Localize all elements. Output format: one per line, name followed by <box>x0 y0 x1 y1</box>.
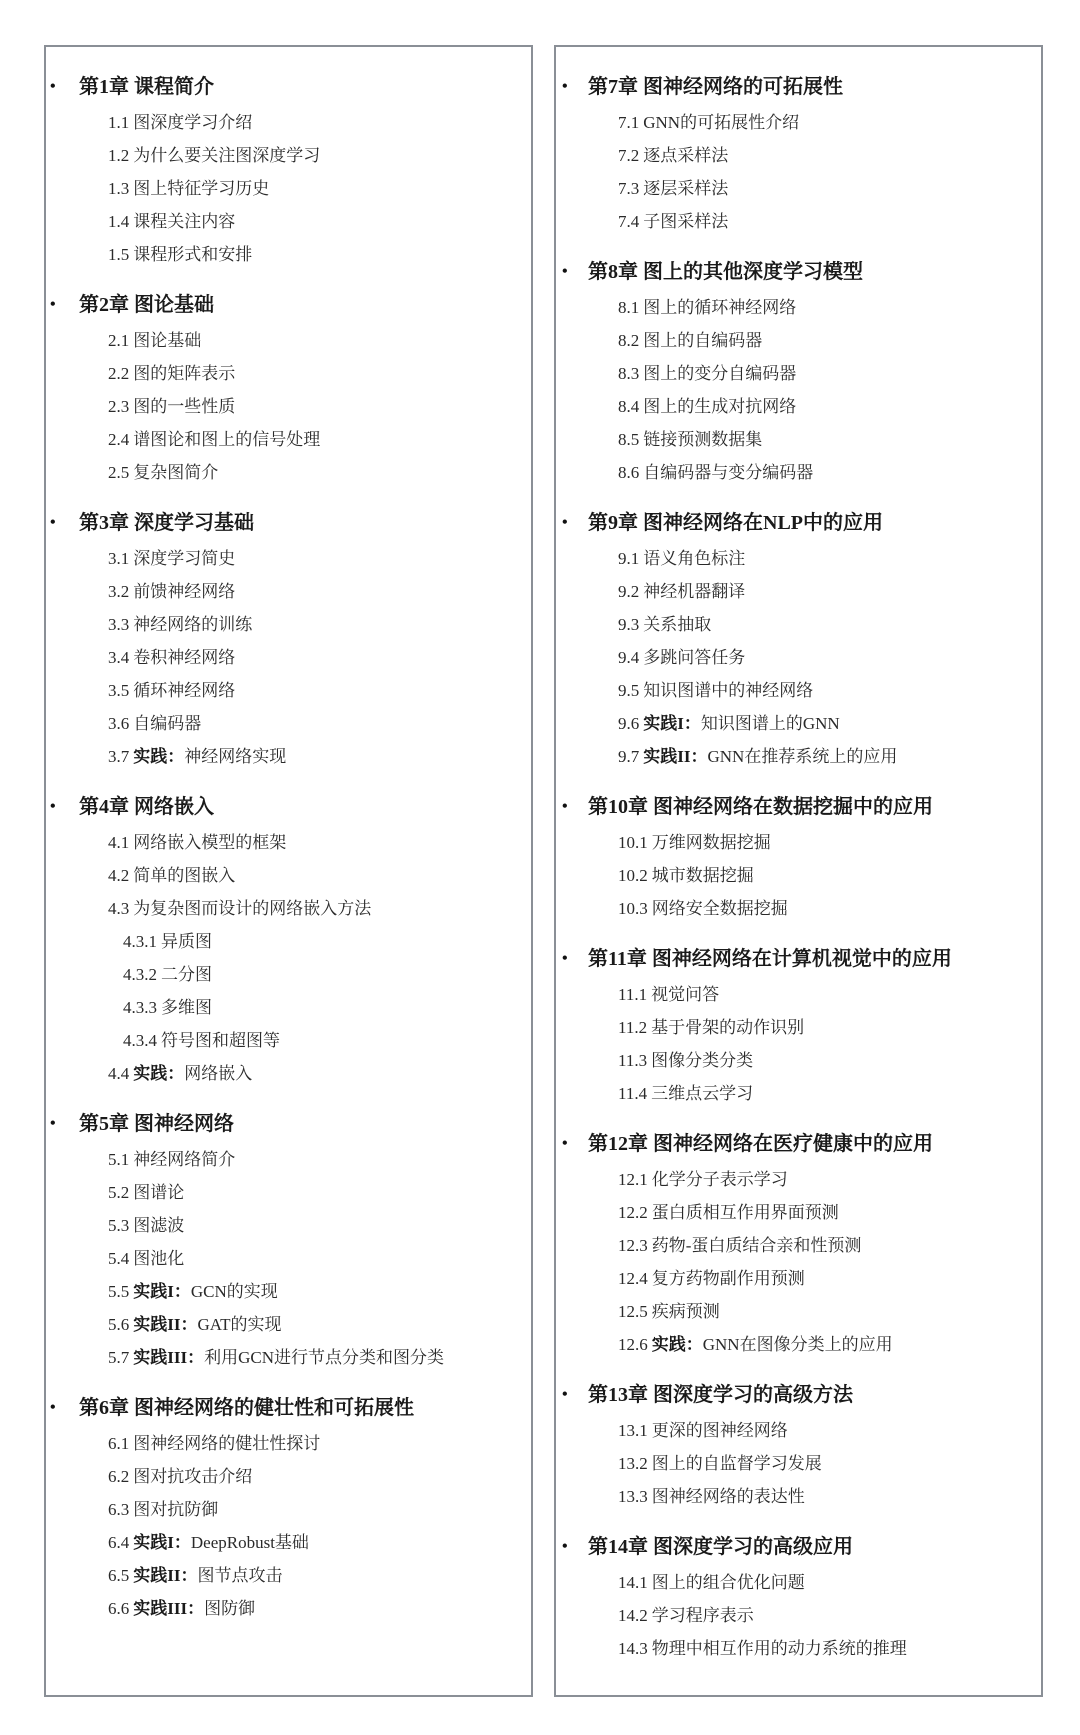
section-title: 图神经网络的表达性 <box>652 1487 805 1506</box>
section-item: 2.5复杂图简介 <box>46 456 531 489</box>
section-item: 11.3图像分类分类 <box>556 1044 1041 1077</box>
section-title: 图对抗攻击介绍 <box>133 1467 252 1486</box>
section-number: 4.1 <box>108 833 129 852</box>
section-item: 8.5链接预测数据集 <box>556 423 1041 456</box>
section-title: 视觉问答 <box>651 985 719 1004</box>
section-list: 3.1深度学习简史3.2前馈神经网络3.3神经网络的训练3.4卷积神经网络3.5… <box>46 542 531 773</box>
section-list: 4.1网络嵌入模型的框架4.2简单的图嵌入4.3为复杂图而设计的网络嵌入方法4.… <box>46 826 531 1090</box>
section-number: 12.5 <box>618 1302 648 1321</box>
section-number: 11.4 <box>618 1084 647 1103</box>
section-number: 12.4 <box>618 1269 648 1288</box>
section-title: 神经网络的训练 <box>133 615 252 634</box>
section-number: 1.2 <box>108 146 129 165</box>
section-item: 12.5疾病预测 <box>556 1295 1041 1328</box>
section-number: 11.2 <box>618 1018 647 1037</box>
section-number: 3.3 <box>108 615 129 634</box>
chapter-heading: •第2章 图论基础 <box>46 290 531 320</box>
section-item: 10.1万维网数据挖掘 <box>556 826 1041 859</box>
section-title: 图上特征学习历史 <box>133 179 269 198</box>
section-number: 7.1 <box>618 113 639 132</box>
section-item: 13.3图神经网络的表达性 <box>556 1480 1041 1513</box>
section-item: 12.2蛋白质相互作用界面预测 <box>556 1196 1041 1229</box>
section-number: 13.2 <box>618 1454 648 1473</box>
section-item: 7.3逐层采样法 <box>556 172 1041 205</box>
section-list: 2.1图论基础2.2图的矩阵表示2.3图的一些性质2.4谱图论和图上的信号处理2… <box>46 324 531 489</box>
section-title: 学习程序表示 <box>652 1606 754 1625</box>
section-title: 利用GCN进行节点分类和图分类 <box>204 1348 444 1367</box>
section-list: 14.1图上的组合优化问题14.2学习程序表示14.3物理中相互作用的动力系统的… <box>556 1566 1041 1665</box>
chapter-title: 第2章 图论基础 <box>79 290 214 320</box>
section-title: 疾病预测 <box>652 1302 720 1321</box>
section-title: 网络嵌入模型的框架 <box>133 833 286 852</box>
section-number: 3.2 <box>108 582 129 601</box>
chapter-title: 第10章 图神经网络在数据挖掘中的应用 <box>588 792 933 822</box>
section-title: 图防御 <box>204 1599 255 1618</box>
section-item: 5.6实践II：GAT的实现 <box>46 1308 531 1341</box>
section-item: 6.2图对抗攻击介绍 <box>46 1460 531 1493</box>
section-list: 13.1更深的图神经网络13.2图上的自监督学习发展13.3图神经网络的表达性 <box>556 1414 1041 1513</box>
section-number: 9.6 <box>618 714 639 733</box>
section-item: 5.7实践III：利用GCN进行节点分类和图分类 <box>46 1341 531 1374</box>
practice-tag: 实践I： <box>643 714 701 733</box>
section-item: 7.2逐点采样法 <box>556 139 1041 172</box>
toc-left-list: •第1章 课程简介1.1图深度学习介绍1.2为什么要关注图深度学习1.3图上特征… <box>46 72 531 1625</box>
section-number: 7.3 <box>618 179 639 198</box>
section-number: 1.4 <box>108 212 129 231</box>
section-number: 9.5 <box>618 681 639 700</box>
chapter-section: •第3章 深度学习基础3.1深度学习简史3.2前馈神经网络3.3神经网络的训练3… <box>46 508 531 773</box>
toc-right-list: •第7章 图神经网络的可拓展性7.1GNN的可拓展性介绍7.2逐点采样法7.3逐… <box>556 72 1041 1665</box>
chapter-heading: •第1章 课程简介 <box>46 72 531 102</box>
section-item: 11.4三维点云学习 <box>556 1077 1041 1110</box>
section-title: GAT的实现 <box>197 1315 281 1334</box>
section-item: 9.3关系抽取 <box>556 608 1041 641</box>
section-number: 8.3 <box>618 364 639 383</box>
chapter-heading: •第14章 图深度学习的高级应用 <box>556 1532 1041 1562</box>
section-number: 6.1 <box>108 1434 129 1453</box>
section-item: 11.1视觉问答 <box>556 978 1041 1011</box>
section-number: 5.2 <box>108 1183 129 1202</box>
section-number: 14.2 <box>618 1606 648 1625</box>
section-title: 图上的自编码器 <box>643 331 762 350</box>
section-item: 3.3神经网络的训练 <box>46 608 531 641</box>
section-number: 8.2 <box>618 331 639 350</box>
section-number: 4.3 <box>108 899 129 918</box>
section-title: 三维点云学习 <box>651 1084 753 1103</box>
chapter-section: •第11章 图神经网络在计算机视觉中的应用11.1视觉问答11.2基于骨架的动作… <box>556 944 1041 1110</box>
section-title: 前馈神经网络 <box>133 582 235 601</box>
section-title: 深度学习简史 <box>133 549 235 568</box>
chapter-heading: •第3章 深度学习基础 <box>46 508 531 538</box>
section-number: 7.2 <box>618 146 639 165</box>
section-number: 10.3 <box>618 899 648 918</box>
chapter-heading: •第10章 图神经网络在数据挖掘中的应用 <box>556 792 1041 822</box>
section-number: 8.4 <box>618 397 639 416</box>
bullet-icon: • <box>562 1129 568 1159</box>
chapter-title: 第3章 深度学习基础 <box>79 508 254 538</box>
chapter-section: •第6章 图神经网络的健壮性和可拓展性6.1图神经网络的健壮性探讨6.2图对抗攻… <box>46 1393 531 1625</box>
section-item: 13.1更深的图神经网络 <box>556 1414 1041 1447</box>
section-item: 9.1语义角色标注 <box>556 542 1041 575</box>
section-number: 8.5 <box>618 430 639 449</box>
section-title: 图神经网络的健壮性探讨 <box>133 1434 320 1453</box>
section-title: 图谱论 <box>133 1183 184 1202</box>
bullet-icon: • <box>50 1393 56 1423</box>
section-title: 图上的生成对抗网络 <box>643 397 796 416</box>
section-item: 8.3图上的变分自编码器 <box>556 357 1041 390</box>
section-title: GNN在推荐系统上的应用 <box>707 747 897 766</box>
section-title: 图上的组合优化问题 <box>652 1573 805 1592</box>
section-title: 图节点攻击 <box>197 1566 282 1585</box>
section-item: 4.3为复杂图而设计的网络嵌入方法 <box>46 892 531 925</box>
chapter-title: 第5章 图神经网络 <box>79 1109 234 1139</box>
section-title: 复方药物副作用预测 <box>652 1269 805 1288</box>
practice-tag: 实践： <box>133 747 184 766</box>
section-item: 9.6实践I：知识图谱上的GNN <box>556 707 1041 740</box>
section-title: 神经网络实现 <box>184 747 286 766</box>
section-number: 9.7 <box>618 747 639 766</box>
section-item: 1.2为什么要关注图深度学习 <box>46 139 531 172</box>
section-title: 复杂图简介 <box>133 463 218 482</box>
section-title: 神经机器翻译 <box>643 582 745 601</box>
chapter-section: •第13章 图深度学习的高级方法13.1更深的图神经网络13.2图上的自监督学习… <box>556 1380 1041 1513</box>
practice-tag: 实践III： <box>133 1348 204 1367</box>
section-title: 知识图谱中的神经网络 <box>643 681 813 700</box>
section-title: GCN的实现 <box>191 1282 278 1301</box>
section-title: 更深的图神经网络 <box>652 1421 788 1440</box>
section-title: 基于骨架的动作识别 <box>651 1018 804 1037</box>
section-title: 图滤波 <box>133 1216 184 1235</box>
section-title: 网络安全数据挖掘 <box>652 899 788 918</box>
section-item: 5.3图滤波 <box>46 1209 531 1242</box>
section-title: 链接预测数据集 <box>643 430 762 449</box>
section-list: 11.1视觉问答11.2基于骨架的动作识别11.3图像分类分类11.4三维点云学… <box>556 978 1041 1110</box>
section-title: 自编码器与变分编码器 <box>643 463 813 482</box>
section-item: 7.1GNN的可拓展性介绍 <box>556 106 1041 139</box>
section-title: 为复杂图而设计的网络嵌入方法 <box>133 899 371 918</box>
chapter-heading: •第12章 图神经网络在医疗健康中的应用 <box>556 1129 1041 1159</box>
section-item: 8.4图上的生成对抗网络 <box>556 390 1041 423</box>
section-title: 语义角色标注 <box>643 549 745 568</box>
practice-tag: 实践： <box>652 1335 703 1354</box>
section-number: 12.6 <box>618 1335 648 1354</box>
chapter-title: 第12章 图神经网络在医疗健康中的应用 <box>588 1129 933 1159</box>
section-item: 13.2图上的自监督学习发展 <box>556 1447 1041 1480</box>
chapter-section: •第1章 课程简介1.1图深度学习介绍1.2为什么要关注图深度学习1.3图上特征… <box>46 72 531 271</box>
section-item: 6.1图神经网络的健壮性探讨 <box>46 1427 531 1460</box>
chapter-heading: •第9章 图神经网络在NLP中的应用 <box>556 508 1041 538</box>
section-title: 课程关注内容 <box>133 212 235 231</box>
section-title: 循环神经网络 <box>133 681 235 700</box>
chapter-section: •第8章 图上的其他深度学习模型8.1图上的循环神经网络8.2图上的自编码器8.… <box>556 257 1041 489</box>
practice-tag: 实践II： <box>133 1566 197 1585</box>
section-title: 异质图 <box>161 932 212 951</box>
section-number: 1.3 <box>108 179 129 198</box>
section-number: 9.2 <box>618 582 639 601</box>
section-number: 1.5 <box>108 245 129 264</box>
section-item: 4.3.4符号图和超图等 <box>46 1024 531 1057</box>
practice-tag: 实践II： <box>643 747 707 766</box>
section-title: 图的一些性质 <box>133 397 235 416</box>
section-title: 多跳问答任务 <box>643 648 745 667</box>
section-number: 3.5 <box>108 681 129 700</box>
section-number: 6.4 <box>108 1533 129 1552</box>
section-title: 图上的变分自编码器 <box>643 364 796 383</box>
bullet-icon: • <box>562 792 568 822</box>
section-item: 14.3物理中相互作用的动力系统的推理 <box>556 1632 1041 1665</box>
section-number: 4.2 <box>108 866 129 885</box>
section-number: 6.5 <box>108 1566 129 1585</box>
bullet-icon: • <box>562 944 568 974</box>
section-title: DeepRobust基础 <box>191 1533 309 1552</box>
section-title: 知识图谱上的GNN <box>701 714 840 733</box>
section-title: 物理中相互作用的动力系统的推理 <box>652 1639 907 1658</box>
section-item: 11.2基于骨架的动作识别 <box>556 1011 1041 1044</box>
section-title: 二分图 <box>161 965 212 984</box>
section-number: 13.1 <box>618 1421 648 1440</box>
section-item: 3.5循环神经网络 <box>46 674 531 707</box>
section-item: 1.1图深度学习介绍 <box>46 106 531 139</box>
bullet-icon: • <box>562 72 568 102</box>
bullet-icon: • <box>562 257 568 287</box>
section-title: 图上的自监督学习发展 <box>652 1454 822 1473</box>
section-number: 5.6 <box>108 1315 129 1334</box>
section-item: 14.2学习程序表示 <box>556 1599 1041 1632</box>
section-number: 13.3 <box>618 1487 648 1506</box>
chapter-heading: •第5章 图神经网络 <box>46 1109 531 1139</box>
section-item: 8.6自编码器与变分编码器 <box>556 456 1041 489</box>
section-item: 12.6实践：GNN在图像分类上的应用 <box>556 1328 1041 1361</box>
practice-tag: 实践III： <box>133 1599 204 1618</box>
section-item: 9.5知识图谱中的神经网络 <box>556 674 1041 707</box>
section-title: 简单的图嵌入 <box>133 866 235 885</box>
section-number: 14.3 <box>618 1639 648 1658</box>
section-title: 图上的循环神经网络 <box>643 298 796 317</box>
section-item: 5.5实践I：GCN的实现 <box>46 1275 531 1308</box>
chapter-section: •第10章 图神经网络在数据挖掘中的应用10.1万维网数据挖掘10.2城市数据挖… <box>556 792 1041 925</box>
section-title: 谱图论和图上的信号处理 <box>133 430 320 449</box>
chapter-title: 第11章 图神经网络在计算机视觉中的应用 <box>588 944 952 974</box>
chapter-heading: •第8章 图上的其他深度学习模型 <box>556 257 1041 287</box>
section-list: 8.1图上的循环神经网络8.2图上的自编码器8.3图上的变分自编码器8.4图上的… <box>556 291 1041 489</box>
section-item: 1.3图上特征学习历史 <box>46 172 531 205</box>
section-number: 4.3.3 <box>123 998 157 1017</box>
section-number: 11.1 <box>618 985 647 1004</box>
section-title: GNN的可拓展性介绍 <box>643 113 799 132</box>
section-item: 4.4实践：网络嵌入 <box>46 1057 531 1090</box>
section-title: GNN在图像分类上的应用 <box>703 1335 893 1354</box>
chapter-section: •第2章 图论基础2.1图论基础2.2图的矩阵表示2.3图的一些性质2.4谱图论… <box>46 290 531 489</box>
section-item: 5.4图池化 <box>46 1242 531 1275</box>
practice-tag: 实践I： <box>133 1533 191 1552</box>
bullet-icon: • <box>50 792 56 822</box>
section-item: 3.6自编码器 <box>46 707 531 740</box>
section-title: 神经网络简介 <box>133 1150 235 1169</box>
section-number: 9.3 <box>618 615 639 634</box>
section-title: 图的矩阵表示 <box>133 364 235 383</box>
section-item: 12.4复方药物副作用预测 <box>556 1262 1041 1295</box>
section-number: 2.2 <box>108 364 129 383</box>
chapter-heading: •第7章 图神经网络的可拓展性 <box>556 72 1041 102</box>
section-item: 9.7实践II：GNN在推荐系统上的应用 <box>556 740 1041 773</box>
section-number: 2.4 <box>108 430 129 449</box>
section-item: 6.6实践III：图防御 <box>46 1592 531 1625</box>
section-number: 11.3 <box>618 1051 647 1070</box>
bullet-icon: • <box>562 1532 568 1562</box>
section-item: 6.5实践II：图节点攻击 <box>46 1559 531 1592</box>
chapter-title: 第9章 图神经网络在NLP中的应用 <box>588 508 883 538</box>
section-title: 网络嵌入 <box>184 1064 252 1083</box>
section-number: 5.1 <box>108 1150 129 1169</box>
section-item: 8.1图上的循环神经网络 <box>556 291 1041 324</box>
chapter-title: 第8章 图上的其他深度学习模型 <box>588 257 863 287</box>
section-number: 12.2 <box>618 1203 648 1222</box>
section-number: 1.1 <box>108 113 129 132</box>
bullet-icon: • <box>562 508 568 538</box>
section-item: 12.1化学分子表示学习 <box>556 1163 1041 1196</box>
section-number: 6.2 <box>108 1467 129 1486</box>
section-number: 4.4 <box>108 1064 129 1083</box>
section-title: 图池化 <box>133 1249 184 1268</box>
bullet-icon: • <box>50 1109 56 1139</box>
section-title: 自编码器 <box>133 714 201 733</box>
section-item: 6.3图对抗防御 <box>46 1493 531 1526</box>
section-list: 5.1神经网络简介5.2图谱论5.3图滤波5.4图池化5.5实践I：GCN的实现… <box>46 1143 531 1374</box>
section-number: 4.3.1 <box>123 932 157 951</box>
section-item: 4.2简单的图嵌入 <box>46 859 531 892</box>
section-list: 7.1GNN的可拓展性介绍7.2逐点采样法7.3逐层采样法7.4子图采样法 <box>556 106 1041 238</box>
section-title: 图像分类分类 <box>651 1051 753 1070</box>
section-number: 2.3 <box>108 397 129 416</box>
section-item: 3.2前馈神经网络 <box>46 575 531 608</box>
section-item: 6.4实践I：DeepRobust基础 <box>46 1526 531 1559</box>
section-number: 6.3 <box>108 1500 129 1519</box>
section-item: 2.4谱图论和图上的信号处理 <box>46 423 531 456</box>
chapter-heading: •第6章 图神经网络的健壮性和可拓展性 <box>46 1393 531 1423</box>
section-title: 药物-蛋白质结合亲和性预测 <box>652 1236 862 1255</box>
section-title: 课程形式和安排 <box>133 245 252 264</box>
bullet-icon: • <box>50 290 56 320</box>
chapter-section: •第14章 图深度学习的高级应用14.1图上的组合优化问题14.2学习程序表示1… <box>556 1532 1041 1665</box>
chapter-title: 第4章 网络嵌入 <box>79 792 214 822</box>
section-number: 6.6 <box>108 1599 129 1618</box>
chapter-title: 第6章 图神经网络的健壮性和可拓展性 <box>79 1393 414 1423</box>
section-number: 10.2 <box>618 866 648 885</box>
section-item: 9.2神经机器翻译 <box>556 575 1041 608</box>
section-item: 10.2城市数据挖掘 <box>556 859 1041 892</box>
section-number: 4.3.4 <box>123 1031 157 1050</box>
chapter-section: •第9章 图神经网络在NLP中的应用9.1语义角色标注9.2神经机器翻译9.3关… <box>556 508 1041 773</box>
section-item: 5.2图谱论 <box>46 1176 531 1209</box>
chapter-title: 第7章 图神经网络的可拓展性 <box>588 72 843 102</box>
section-list: 6.1图神经网络的健壮性探讨6.2图对抗攻击介绍6.3图对抗防御6.4实践I：D… <box>46 1427 531 1625</box>
section-number: 7.4 <box>618 212 639 231</box>
section-number: 9.1 <box>618 549 639 568</box>
section-title: 符号图和超图等 <box>161 1031 280 1050</box>
section-item: 4.3.2二分图 <box>46 958 531 991</box>
section-title: 化学分子表示学习 <box>652 1170 788 1189</box>
section-number: 12.3 <box>618 1236 648 1255</box>
toc-right-panel: •第7章 图神经网络的可拓展性7.1GNN的可拓展性介绍7.2逐点采样法7.3逐… <box>554 45 1043 1697</box>
section-number: 2.5 <box>108 463 129 482</box>
chapter-section: •第5章 图神经网络5.1神经网络简介5.2图谱论5.3图滤波5.4图池化5.5… <box>46 1109 531 1374</box>
practice-tag: 实践II： <box>133 1315 197 1334</box>
section-item: 4.3.1异质图 <box>46 925 531 958</box>
section-item: 3.7实践：神经网络实现 <box>46 740 531 773</box>
section-item: 1.5课程形式和安排 <box>46 238 531 271</box>
bullet-icon: • <box>50 72 56 102</box>
section-item: 1.4课程关注内容 <box>46 205 531 238</box>
chapter-heading: •第4章 网络嵌入 <box>46 792 531 822</box>
section-item: 4.1网络嵌入模型的框架 <box>46 826 531 859</box>
bullet-icon: • <box>50 508 56 538</box>
chapter-section: •第4章 网络嵌入4.1网络嵌入模型的框架4.2简单的图嵌入4.3为复杂图而设计… <box>46 792 531 1090</box>
section-number: 12.1 <box>618 1170 648 1189</box>
section-item: 14.1图上的组合优化问题 <box>556 1566 1041 1599</box>
section-title: 逐点采样法 <box>643 146 728 165</box>
section-item: 2.2图的矩阵表示 <box>46 357 531 390</box>
section-title: 逐层采样法 <box>643 179 728 198</box>
section-number: 8.6 <box>618 463 639 482</box>
section-item: 12.3药物-蛋白质结合亲和性预测 <box>556 1229 1041 1262</box>
section-title: 图对抗防御 <box>133 1500 218 1519</box>
section-item: 4.3.3多维图 <box>46 991 531 1024</box>
section-list: 12.1化学分子表示学习12.2蛋白质相互作用界面预测12.3药物-蛋白质结合亲… <box>556 1163 1041 1361</box>
section-title: 关系抽取 <box>643 615 711 634</box>
section-number: 3.1 <box>108 549 129 568</box>
section-number: 3.6 <box>108 714 129 733</box>
section-title: 为什么要关注图深度学习 <box>133 146 320 165</box>
section-number: 4.3.2 <box>123 965 157 984</box>
practice-tag: 实践I： <box>133 1282 191 1301</box>
section-item: 2.1图论基础 <box>46 324 531 357</box>
chapter-section: •第12章 图神经网络在医疗健康中的应用12.1化学分子表示学习12.2蛋白质相… <box>556 1129 1041 1361</box>
chapter-title: 第1章 课程简介 <box>79 72 214 102</box>
section-item: 5.1神经网络简介 <box>46 1143 531 1176</box>
section-title: 图论基础 <box>133 331 201 350</box>
section-title: 图深度学习介绍 <box>133 113 252 132</box>
chapter-title: 第13章 图深度学习的高级方法 <box>588 1380 853 1410</box>
section-item: 2.3图的一些性质 <box>46 390 531 423</box>
section-list: 1.1图深度学习介绍1.2为什么要关注图深度学习1.3图上特征学习历史1.4课程… <box>46 106 531 271</box>
bullet-icon: • <box>562 1380 568 1410</box>
section-item: 9.4多跳问答任务 <box>556 641 1041 674</box>
section-number: 2.1 <box>108 331 129 350</box>
section-item: 10.3网络安全数据挖掘 <box>556 892 1041 925</box>
section-number: 9.4 <box>618 648 639 667</box>
section-number: 14.1 <box>618 1573 648 1592</box>
section-item: 7.4子图采样法 <box>556 205 1041 238</box>
section-item: 3.1深度学习简史 <box>46 542 531 575</box>
section-number: 10.1 <box>618 833 648 852</box>
chapter-heading: •第11章 图神经网络在计算机视觉中的应用 <box>556 944 1041 974</box>
section-number: 5.7 <box>108 1348 129 1367</box>
section-list: 10.1万维网数据挖掘10.2城市数据挖掘10.3网络安全数据挖掘 <box>556 826 1041 925</box>
section-title: 卷积神经网络 <box>133 648 235 667</box>
section-list: 9.1语义角色标注9.2神经机器翻译9.3关系抽取9.4多跳问答任务9.5知识图… <box>556 542 1041 773</box>
section-number: 3.4 <box>108 648 129 667</box>
section-title: 多维图 <box>161 998 212 1017</box>
toc-left-panel: •第1章 课程简介1.1图深度学习介绍1.2为什么要关注图深度学习1.3图上特征… <box>44 45 533 1697</box>
section-number: 8.1 <box>618 298 639 317</box>
section-item: 8.2图上的自编码器 <box>556 324 1041 357</box>
section-title: 城市数据挖掘 <box>652 866 754 885</box>
practice-tag: 实践： <box>133 1064 184 1083</box>
section-number: 5.3 <box>108 1216 129 1235</box>
section-number: 5.5 <box>108 1282 129 1301</box>
section-title: 万维网数据挖掘 <box>652 833 771 852</box>
chapter-title: 第14章 图深度学习的高级应用 <box>588 1532 853 1562</box>
